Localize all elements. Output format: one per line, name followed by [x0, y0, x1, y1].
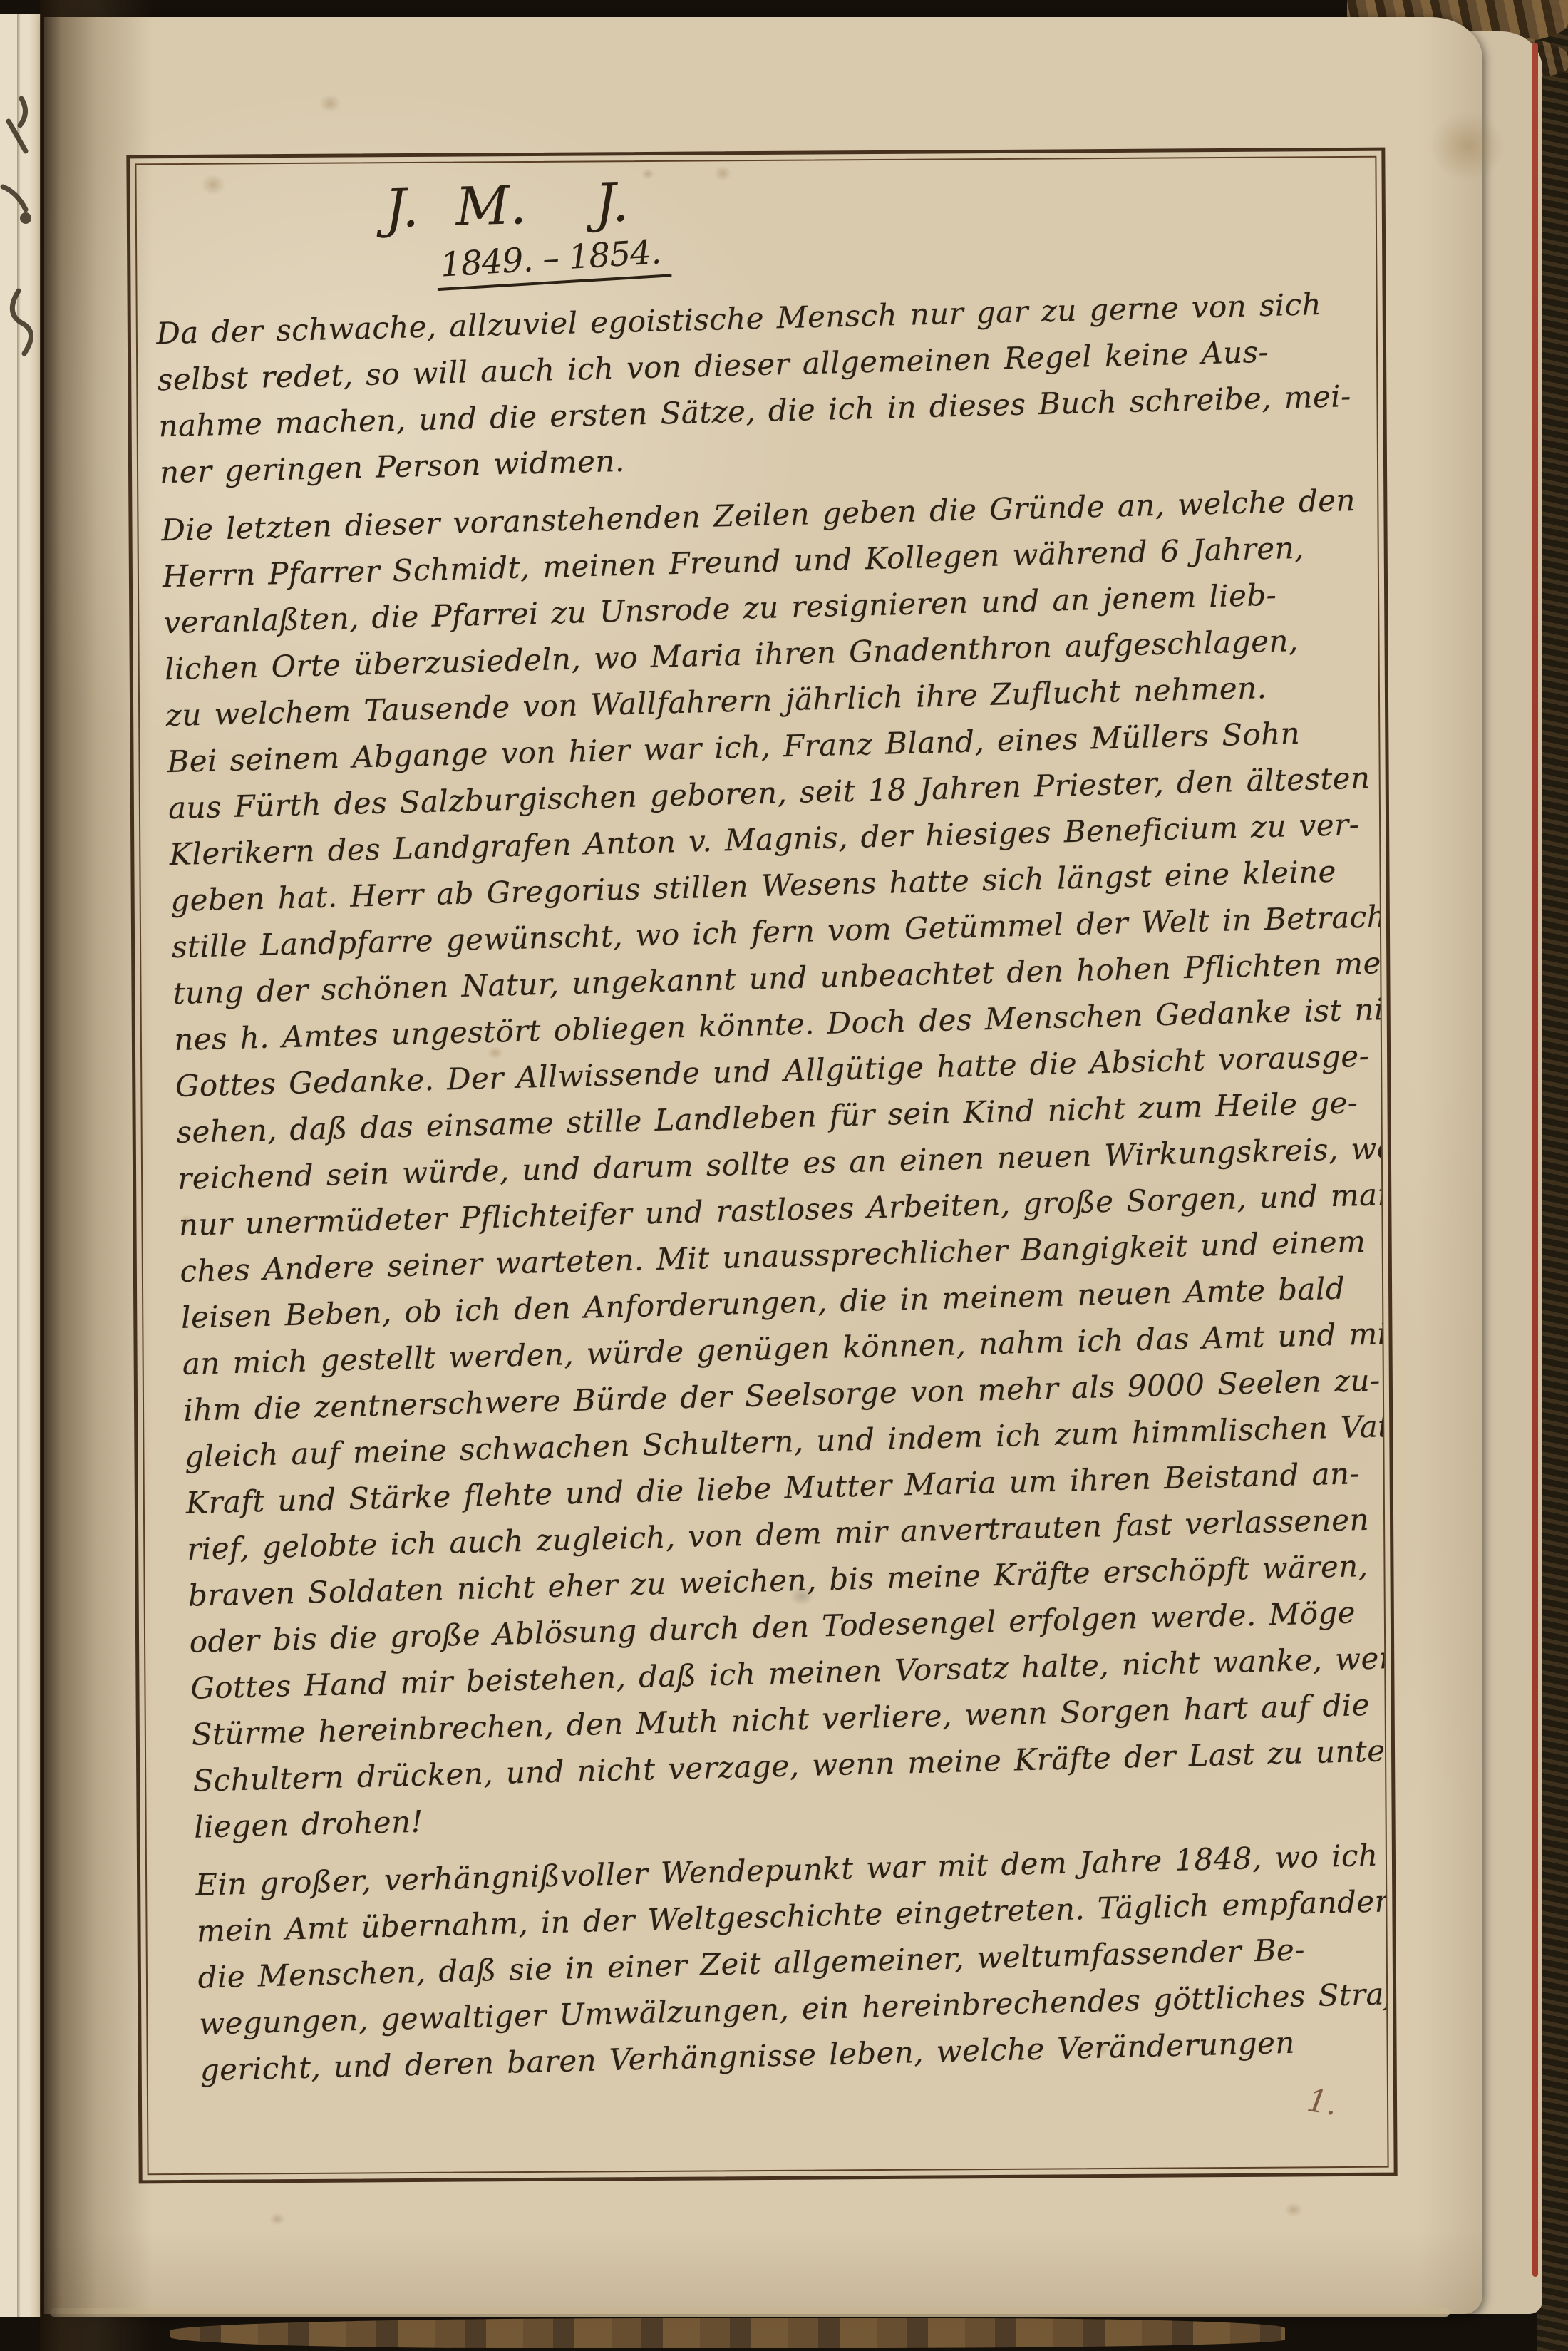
heading-date-range: 1849. – 1854.: [435, 232, 672, 291]
heading-initial: J.: [594, 170, 629, 238]
frame-border-inner: J. M. J. 1849. – 1854. Da der schwache, …: [135, 156, 1388, 2176]
manuscript-body: Da der schwache, allzuviel egoistische M…: [155, 280, 1388, 2094]
heading-initial: M.: [455, 172, 527, 241]
heading-initial: J.: [384, 175, 420, 243]
opposite-page-sliver: [0, 14, 41, 2317]
ink-mark-bottom-right: 1.: [1304, 2082, 1339, 2123]
page-stack-edge: [50, 2308, 1450, 2317]
manuscript-paragraph: Ein großer, verhängnißvoller Wendepunkt …: [195, 1831, 1389, 2093]
opposite-page-ink-marks: [0, 14, 41, 442]
book-photo: J. M. J. 1849. – 1854. Da der schwache, …: [0, 0, 1568, 2351]
manuscript-paragraph: Die letzten dieser voranstehenden Zeilen…: [160, 477, 1386, 1851]
worn-cover-edge: [170, 2318, 1285, 2348]
frame-border-outer: J. M. J. 1849. – 1854. Da der schwache, …: [126, 148, 1397, 2184]
red-fore-edge: [1532, 43, 1538, 2277]
manuscript-paragraph: Da der schwache, allzuviel egoistische M…: [155, 280, 1351, 495]
handwritten-content: J. M. J. 1849. – 1854. Da der schwache, …: [153, 156, 1389, 2094]
